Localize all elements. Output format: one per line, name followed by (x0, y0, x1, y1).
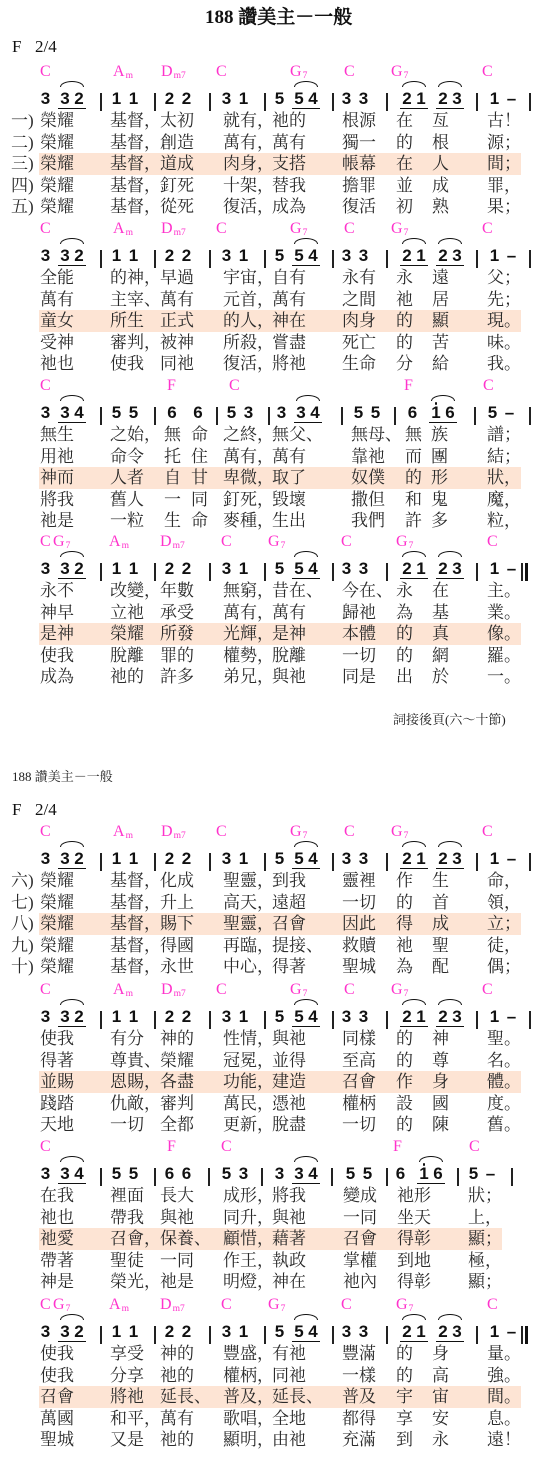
note-group: 33 (338, 90, 372, 108)
lyric-syllables: 有分 (110, 1028, 144, 1050)
lyric-syllables: 將我 (272, 1185, 306, 1207)
note-group: 3 (37, 560, 54, 578)
note-group: 31 (218, 850, 252, 868)
chord-symbol: C (216, 822, 228, 844)
note: 6 (178, 1165, 195, 1183)
note-group: 33 (338, 1008, 372, 1026)
score-system: CAmDm7CG7CG7C3321122315543321231–使我有分神的性… (0, 980, 545, 1140)
lyric-syllables: 狀； (468, 1185, 502, 1207)
lyric-syllables: 聖徒 (110, 1250, 144, 1272)
chord-symbol: C (487, 1295, 499, 1317)
note: 5 (271, 1323, 288, 1341)
lyric-syllables: 使我 (110, 353, 144, 375)
chord-root: C (482, 63, 493, 80)
lyric-syllables: 永 (432, 1429, 449, 1451)
verse-number: 五) (11, 196, 34, 218)
lyric-syllables: 的 (405, 467, 422, 489)
lyric-syllables: 執政 (272, 1250, 306, 1272)
note: 5 (292, 560, 306, 578)
lyric-syllables: 是神 (40, 623, 74, 645)
lyric-line: 萬國和平，萬有歌唱，全地都得享安息。 (0, 1408, 545, 1430)
chord-root: C (469, 1138, 480, 1155)
lyric-syllables: 人 (432, 153, 449, 175)
slur-arc (60, 1156, 84, 1162)
chord-quality: m7 (174, 989, 186, 999)
score-system: CG7AmDm7CG7CG7C3321122315543321231–使我享受神… (0, 1295, 545, 1455)
chord-symbol: C (40, 532, 52, 554)
chord-symbol: C (341, 532, 353, 554)
note: 4 (72, 404, 86, 422)
note: 5 (125, 1165, 142, 1183)
note: 1 (414, 1008, 428, 1026)
lyric-syllables: 命 (191, 424, 208, 446)
key-signature: F (12, 37, 21, 57)
chord-root: C (344, 823, 355, 840)
lyric-syllables: 帶我 (110, 1207, 144, 1229)
chord-root: G (396, 533, 408, 550)
lyric-syllables: 榮耀 (40, 153, 74, 175)
lyric-syllables: 命， (487, 870, 521, 892)
chord-symbol: C (344, 980, 356, 1002)
note: 2 (436, 560, 450, 578)
chord-quality: 7 (404, 71, 409, 81)
lyric-syllables: 遠！ (487, 1429, 521, 1451)
lyric-syllables: 裡面 (110, 1185, 144, 1207)
lyric-syllables: 根源 (342, 110, 376, 132)
chord-root: G (391, 63, 403, 80)
verse-number: 四) (11, 175, 34, 197)
lyric-syllables: 與祂 (160, 1207, 194, 1229)
lyric-syllables: 間； (487, 153, 521, 175)
slur-arc (438, 841, 462, 847)
lyric-syllables: 形 (431, 467, 448, 489)
lyric-syllables: 和 (405, 489, 422, 511)
notation-row: 3321122315543321231– (0, 1323, 545, 1345)
barline (264, 563, 265, 581)
barline (209, 1326, 210, 1344)
note: 5 (367, 404, 384, 422)
lyric-syllables: 聖城 (40, 1429, 74, 1451)
lyric-syllables: 審判 (160, 1093, 194, 1115)
chord-symbol: Dm7 (161, 62, 186, 84)
note: 3 (218, 247, 235, 265)
chord-symbol: G7 (268, 1295, 285, 1317)
chord-root: D (161, 220, 173, 237)
measure: 11 (108, 1323, 142, 1341)
slur-arc (402, 81, 426, 87)
lyric-syllables: 神 (432, 1028, 449, 1050)
lyric-syllables: 與祂 (272, 1207, 306, 1229)
measure: 1– (486, 247, 520, 265)
barline (476, 853, 477, 871)
lyric-syllables: 所發 (160, 623, 194, 645)
lyric-syllables: 榮耀 (160, 1050, 194, 1072)
chord-root: G (391, 823, 403, 840)
lyric-syllables: 祂也 (40, 353, 74, 375)
chord-root: G (290, 63, 302, 80)
chord-symbol: Dm7 (161, 980, 186, 1002)
measure: 33 (338, 247, 372, 265)
lyric-syllables: 毀壞 (272, 489, 306, 511)
chord-symbol: Dm7 (160, 1295, 185, 1317)
lyric-syllables: 魔， (487, 489, 521, 511)
lyric-line: 使我分享祂的權柄，同祂一樣的高強。 (0, 1365, 545, 1387)
note-group: 3 (271, 1165, 288, 1183)
lyric-syllables: 得 (396, 913, 413, 935)
measure: 1– (486, 90, 520, 108)
lyric-syllables: 先； (487, 289, 521, 311)
lyric-syllables: 自有 (272, 267, 306, 289)
note: 5 (271, 1008, 288, 1026)
lyric-syllables: 今在、 (342, 580, 393, 602)
eighth-note-group: 34 (58, 1165, 86, 1184)
note-group: 3 (37, 1323, 54, 1341)
chord-symbol: F (393, 1137, 403, 1159)
measure: 554 (271, 850, 320, 869)
measure: 11 (108, 850, 142, 868)
barline (154, 1011, 155, 1029)
lyric-syllables: 脫盡 (272, 1114, 306, 1136)
lyric-syllables: 網 (432, 645, 449, 667)
lyric-syllables: 尊貴、 (110, 1050, 161, 1072)
measure: 554 (271, 560, 320, 579)
note: 2 (400, 90, 414, 108)
chord-root: A (113, 981, 125, 998)
barline (268, 407, 269, 425)
measure: 33 (338, 1008, 372, 1026)
note: 1 (125, 247, 142, 265)
note: 2 (72, 1323, 86, 1341)
note-group: 1– (486, 1323, 520, 1341)
note: 2 (161, 247, 178, 265)
eighth-note-group: 23 (436, 247, 464, 266)
eighth-note-group: 16 (417, 1165, 445, 1184)
measure: 55 (350, 404, 384, 422)
barline (154, 407, 155, 425)
chord-symbol: C (487, 532, 499, 554)
note: 6 (392, 1165, 409, 1183)
lyric-syllables: 祂的 (272, 110, 306, 132)
note: 3 (37, 1008, 54, 1026)
lyric-line: 祂也帶我與祂同升，與祂一同坐天上， (0, 1207, 545, 1229)
eighth-note-group: 34 (58, 404, 86, 423)
eighth-note-group: 32 (58, 90, 86, 109)
lyric-syllables: 帶著 (40, 1250, 74, 1272)
note: 3 (294, 404, 308, 422)
note: 3 (338, 90, 355, 108)
note: 5 (350, 404, 367, 422)
lyric-syllables: 像。 (487, 623, 521, 645)
lyric-syllables: 遠 (432, 267, 449, 289)
lyric-syllables: 作 (396, 1071, 413, 1093)
lyric-syllables: 在 (432, 580, 449, 602)
note: 4 (72, 1165, 86, 1183)
note: 2 (178, 247, 195, 265)
lyric-syllables: 尊 (432, 1050, 449, 1072)
lyric-syllables: 高天， (223, 892, 274, 914)
note: 1 (486, 247, 503, 265)
barline (100, 1326, 101, 1344)
lyric-syllables: 一切 (342, 1114, 376, 1136)
lyric-syllables: 榮光， (110, 1271, 161, 1293)
key-signature: F (12, 800, 21, 820)
note-group: 11 (108, 90, 142, 108)
lyric-syllables: 而 (405, 446, 422, 468)
lyric-syllables: 度。 (487, 1093, 521, 1115)
barline (100, 853, 101, 871)
measure: 1– (486, 1008, 520, 1026)
score-system: CFCFC334556653334556165–在我裡面長大成形，將我變成祂形狀… (0, 1137, 545, 1297)
lyric-syllables: 之間 (342, 289, 376, 311)
lyric-line: 使我脫離罪的權勢，脫離一切的網羅。 (0, 645, 545, 667)
note-group: 33 (338, 850, 372, 868)
chord-symbol: C (216, 980, 228, 1002)
note: 3 (355, 560, 372, 578)
barline (154, 1326, 155, 1344)
highlighted-lyric-line: 祂愛召會，保養、顧惜，藉著召會得彰顯； (0, 1228, 545, 1250)
note: 1 (486, 850, 503, 868)
barline (332, 250, 333, 268)
lyric-syllables: 神的 (160, 1343, 194, 1365)
note: 2 (436, 247, 450, 265)
lyric-syllables: 結； (487, 446, 521, 468)
lyric-line: 五)榮耀基督，從死復活，成為復活初熟果； (0, 196, 545, 218)
lyric-syllables: 使我 (40, 1365, 74, 1387)
note: 1 (108, 247, 125, 265)
note: 3 (338, 247, 355, 265)
lyric-syllables: 榮耀 (110, 623, 144, 645)
lyric-syllables: 的 (396, 1343, 413, 1365)
lyric-syllables: 顯 (432, 310, 449, 332)
lyric-syllables: 徒， (487, 935, 521, 957)
barline (264, 250, 265, 268)
lyric-syllables: 萬有 (40, 289, 74, 311)
lyric-syllables: 基督， (110, 956, 161, 978)
note-group: 66 (161, 1165, 195, 1183)
chord-row: CAmDm7CG7CG7C (0, 822, 545, 842)
notation-row: 3321122315543321231– (0, 850, 545, 872)
lyric-syllables: 譜； (487, 424, 521, 446)
note: 5 (223, 404, 240, 422)
chord-symbol: C (40, 822, 52, 844)
lyric-syllables: 間。 (487, 1386, 521, 1408)
note: 2 (178, 1323, 195, 1341)
barline (209, 853, 210, 871)
slur-arc (294, 81, 318, 87)
lyric-syllables: 功能， (223, 1071, 274, 1093)
lyric-syllables: 強。 (487, 1365, 521, 1387)
chord-symbol: C (216, 219, 228, 241)
lyric-syllables: 顯明， (223, 1429, 274, 1451)
lyric-syllables: 基督， (110, 196, 161, 218)
slur-arc (438, 81, 462, 87)
lyric-syllables: 身 (432, 1071, 449, 1093)
lyric-syllables: 榮耀 (40, 935, 74, 957)
lyric-syllables: 承受 (160, 602, 194, 624)
lyric-syllables: 顧惜， (223, 1228, 274, 1250)
chord-quality: m7 (174, 71, 186, 81)
highlighted-lyric-line: 並賜恩賜，各盡功能，建造召會作身體。 (0, 1071, 545, 1093)
note: 2 (400, 1323, 414, 1341)
lyric-syllables: 普及， (223, 1386, 274, 1408)
lyric-syllables: 卑微， (223, 467, 274, 489)
note: 5 (271, 90, 288, 108)
chord-root: G (290, 220, 302, 237)
note: 2 (436, 1008, 450, 1026)
eighth-note-group: 54 (292, 247, 320, 266)
lyric-syllables: 祂也 (40, 1207, 74, 1229)
note: 5 (108, 404, 125, 422)
lyric-syllables: 豐滿 (342, 1343, 376, 1365)
slur-arc (438, 1314, 462, 1320)
lyric-syllables: 生 (432, 870, 449, 892)
note-group: 3 (37, 1165, 54, 1183)
lyric-line: 四)榮耀基督，釘死十架，替我擔罪並成罪， (0, 175, 545, 197)
barline (332, 853, 333, 871)
lyric-syllables: 熟 (432, 196, 449, 218)
lyric-syllables: 得彰 (397, 1228, 431, 1250)
lyric-syllables: 遠超 (272, 892, 306, 914)
slur-arc (60, 395, 84, 401)
chord-root: G (391, 220, 403, 237)
lyric-syllables: 成 (432, 175, 449, 197)
lyric-syllables: 我。 (487, 353, 521, 375)
eighth-note-group: 23 (436, 90, 464, 109)
measure: 5– (484, 404, 518, 422)
lyric-syllables: 麥種， (223, 510, 274, 532)
lyric-syllables: 舊。 (487, 1114, 521, 1136)
chord-quality: m (126, 831, 133, 841)
chord-symbol: F (167, 376, 177, 398)
chord-root: C (221, 533, 232, 550)
lyric-syllables: 同是 (342, 666, 376, 688)
lyric-syllables: 復活， (223, 353, 274, 375)
chord-symbol: Dm7 (161, 822, 186, 844)
measure: 334 (37, 404, 86, 423)
lyric-syllables: 肉身 (342, 310, 376, 332)
measure: 616 (404, 404, 457, 423)
lyric-syllables: 將我 (40, 489, 74, 511)
chord-root: A (109, 1296, 121, 1313)
note: 2 (400, 560, 414, 578)
lyric-syllables: 安 (432, 1408, 449, 1430)
lyric-syllables: 罪， (487, 175, 521, 197)
chord-symbol: C (341, 1295, 353, 1317)
lyric-line: 將我舊人一同釘死，毀壞撒但和鬼魔， (0, 489, 545, 511)
barline (332, 563, 333, 581)
note: 3 (338, 1323, 355, 1341)
lyric-syllables: 基督， (110, 870, 161, 892)
lyric-syllables: 無父、 (272, 424, 323, 446)
lyric-syllables: 初 (396, 196, 413, 218)
barline (529, 1011, 530, 1029)
note: 2 (400, 850, 414, 868)
continuation-note: 詞接後頁(六～十節) (393, 711, 506, 729)
lyric-syllables: 許多 (160, 666, 194, 688)
measure: 332 (37, 247, 86, 266)
lyric-syllables: 踐踏 (40, 1093, 74, 1115)
lyric-syllables: 到我 (272, 870, 306, 892)
measure: 31 (218, 247, 252, 265)
eighth-note-group: 23 (436, 1323, 464, 1342)
note: 6 (185, 404, 211, 422)
lyric-syllables: 永世 (160, 956, 194, 978)
lyric-syllables: 萬有， (223, 446, 274, 468)
note: 3 (338, 560, 355, 578)
note: 3 (355, 850, 372, 868)
barline (331, 1168, 332, 1186)
lyric-syllables: 粒， (487, 510, 521, 532)
note: 1 (235, 560, 252, 578)
note: 3 (37, 247, 54, 265)
lyric-syllables: 的 (396, 332, 413, 354)
chord-row: CG7AmDm7CG7CG7C (0, 532, 545, 552)
chord-root: A (113, 220, 125, 237)
lyric-syllables: 分 (396, 353, 413, 375)
lyric-line: 祂也使我同祂復活，將祂生命分給我。 (0, 353, 545, 375)
barline (208, 1168, 209, 1186)
barline (386, 250, 387, 268)
lyric-syllables: 一切 (110, 1114, 144, 1136)
note: 2 (72, 850, 86, 868)
measure: 33 (338, 90, 372, 108)
lyric-syllables: 和平， (110, 1408, 161, 1430)
lyric-syllables: 性情， (223, 1028, 274, 1050)
lyric-syllables: 祂內 (343, 1271, 377, 1293)
chord-symbol: C (229, 376, 241, 398)
lyric-syllables: 釘死 (160, 175, 194, 197)
lyric-syllables: 分享 (110, 1365, 144, 1387)
lyric-syllables: 無 (164, 424, 181, 446)
lyric-syllables: 復活， (223, 196, 274, 218)
lyric-syllables: 仇敵， (110, 1093, 161, 1115)
lyric-syllables: 味。 (487, 332, 521, 354)
lyric-syllables: 基督， (110, 913, 161, 935)
chord-root: C (487, 1296, 498, 1313)
chord-quality: 7 (303, 228, 308, 238)
note: 2 (161, 850, 178, 868)
lyric-syllables: 同樣 (342, 1028, 376, 1050)
note-group: 53 (223, 404, 257, 422)
measure: 332 (37, 1323, 86, 1342)
note: 3 (450, 1323, 464, 1341)
lyric-line: 使我有分神的性情，與祂同樣的神聖。 (0, 1028, 545, 1050)
note: 2 (436, 90, 450, 108)
note: 3 (271, 1165, 288, 1183)
lyric-syllables: 升上 (160, 892, 194, 914)
measure: 31 (218, 1008, 252, 1026)
chord-root: G (53, 533, 65, 550)
lyric-syllables: 昔在、 (272, 580, 323, 602)
chord-root: F (404, 377, 413, 394)
note: 4 (306, 247, 320, 265)
lyric-syllables: 萬有 (160, 1408, 194, 1430)
highlighted-lyric-line: 童女所生正式的人，神在肉身的顯現。 (0, 310, 545, 332)
lyric-syllables: 坐天 (397, 1207, 431, 1229)
note: 4 (306, 1323, 320, 1341)
lyric-syllables: 身 (432, 1343, 449, 1365)
lyric-syllables: 用祂 (40, 446, 74, 468)
notation-row: 334556653334556165– (0, 404, 545, 426)
lyric-syllables: 中心， (223, 956, 274, 978)
chord-quality: m (122, 541, 129, 551)
note: 2 (436, 850, 450, 868)
note: 1 (486, 1008, 503, 1026)
lyric-syllables: 替我 (272, 175, 306, 197)
slur-arc (60, 81, 84, 87)
chord-root: C (216, 981, 227, 998)
note-group: 31 (218, 1008, 252, 1026)
